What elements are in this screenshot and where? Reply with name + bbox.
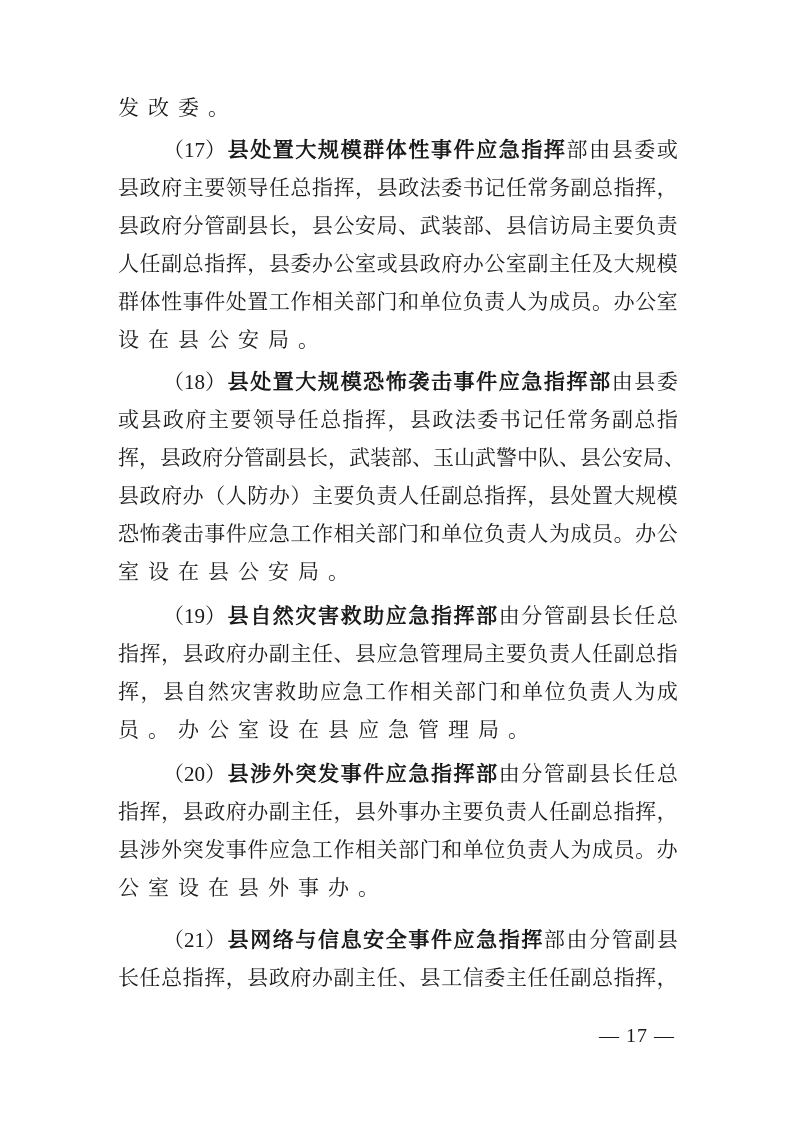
section-title-char: 指 (521, 131, 542, 169)
text-char: 副 (567, 755, 588, 793)
text-char: 人 (118, 245, 139, 283)
text-char: 外 (268, 869, 289, 907)
text-char: 装 (441, 207, 462, 245)
text-char: 副 (161, 245, 182, 283)
text-char: 要 (204, 169, 225, 207)
text-char: 为 (549, 515, 570, 553)
section-number: （21） (163, 921, 226, 959)
text-char: 总 (161, 959, 182, 997)
text-char: 办 (657, 831, 678, 869)
text-char: 害 (253, 673, 274, 711)
text-line: 或县政府主要领导任总指挥，县政法委书记任常务副总指 (118, 401, 678, 439)
text-char: 任 (140, 959, 161, 997)
text-char: 主 (208, 401, 229, 439)
text-char: 委 (634, 131, 655, 169)
text-char: ， (657, 169, 678, 207)
text-char: 由 (567, 921, 588, 959)
text-line: 恐怖袭击事件应急工作相关部门和单位负责人为成员。办公 (118, 515, 678, 553)
text-char: 部 (455, 673, 476, 711)
text-char: 负 (463, 283, 484, 321)
text-char: 性 (161, 283, 182, 321)
text-char: 主 (312, 477, 333, 515)
text-char: 任 (420, 477, 441, 515)
text-char: 副 (570, 959, 591, 997)
text-char: 山 (454, 439, 475, 477)
text-char: 办 (420, 793, 441, 831)
section-title-char: 件 (454, 131, 475, 169)
text-char: 长 (612, 755, 633, 793)
section-title-char: 挥 (454, 597, 475, 635)
text-char: 常 (527, 169, 548, 207)
text-char: 政 (204, 635, 225, 673)
text-char: 人 (226, 477, 247, 515)
text-char: ， (290, 207, 311, 245)
text-char: 县 (549, 477, 570, 515)
text-char: ， (226, 959, 247, 997)
text-char: 办 (635, 515, 656, 553)
text-char: 急 (269, 515, 290, 553)
text-char: 任 (298, 401, 319, 439)
text-char: 人 (549, 831, 570, 869)
section-title-char: 指 (431, 597, 452, 635)
text-char: 挥 (226, 245, 247, 283)
text-char: 员 (570, 283, 591, 321)
text-char: 要 (463, 793, 484, 831)
text-char: 要 (614, 207, 635, 245)
text-line: 发改委。 (118, 89, 678, 127)
text-char: 、 (484, 207, 505, 245)
text-line: 群体性事件处置工作相关部门和单位负责人为成员。办公室 (118, 283, 678, 321)
text-char: 县 (312, 207, 333, 245)
text-char: 要 (506, 635, 527, 673)
text-char: 人 (398, 477, 419, 515)
text-char: 、 (559, 439, 580, 477)
text-char: 分 (223, 439, 244, 477)
text-char: 室 (238, 711, 259, 749)
text-char: 分 (521, 597, 542, 635)
text-char: 和 (398, 283, 419, 321)
text-char: 理 (441, 635, 462, 673)
text-char: 办 (312, 245, 333, 283)
text-char: 办 (269, 477, 290, 515)
text-char: ， (355, 169, 376, 207)
text-char: 负 (484, 515, 505, 553)
text-char: 委 (477, 401, 498, 439)
section-title-char: 害 (318, 597, 339, 635)
text-char: 领 (253, 401, 274, 439)
text-char: 信 (463, 959, 484, 997)
text-char: 主 (484, 635, 505, 673)
text-char: 理 (448, 711, 469, 749)
text-char: 。 (148, 711, 169, 749)
section-title-char: 全 (386, 921, 407, 959)
text-char: 工 (290, 515, 311, 553)
text-char: 责 (377, 477, 398, 515)
text-char: 领 (226, 169, 247, 207)
section-title-char: 应 (386, 755, 407, 793)
section-number: （20） (163, 755, 226, 793)
section-heading-line: （18）县处置大规模恐怖袭击事件应急指挥部由县委 (163, 363, 678, 401)
text-char: 务 (549, 169, 570, 207)
text-char: 由 (499, 597, 520, 635)
section-title-char: 挥 (567, 363, 588, 401)
text-char: 主 (592, 207, 613, 245)
text-char: 门 (420, 831, 441, 869)
text-char: 总 (634, 401, 655, 439)
text-char: 负 (567, 673, 588, 711)
text-char: 应 (247, 515, 268, 553)
text-char: 书 (500, 401, 521, 439)
text-char: 、 (664, 439, 685, 477)
section-title-char: 置 (273, 363, 294, 401)
text-char: 发 (204, 831, 225, 869)
text-char: （ (204, 477, 225, 515)
text-char: 相 (410, 673, 431, 711)
text-char: 主 (441, 793, 462, 831)
text-char: 关 (432, 673, 453, 711)
text-char: 室 (657, 283, 678, 321)
text-char: 导 (247, 169, 268, 207)
text-char: 任 (549, 793, 570, 831)
text-char: 任 (570, 245, 591, 283)
text-char: 府 (441, 245, 462, 283)
text-char: 单 (522, 673, 543, 711)
text-char: 副 (226, 207, 247, 245)
text-char: 公 (208, 711, 229, 749)
text-char: 击 (183, 515, 204, 553)
text-char: 政 (432, 401, 453, 439)
text-char: 安 (355, 207, 376, 245)
text-char: 成 (657, 673, 678, 711)
text-char: 。 (208, 89, 229, 127)
text-char: 、 (398, 207, 419, 245)
text-char: 政 (140, 477, 161, 515)
section-title-char: 件 (476, 363, 497, 401)
text-char: 副 (527, 245, 548, 283)
text-char: 分 (183, 207, 204, 245)
text-char: 为 (634, 673, 655, 711)
text-char: 作 (333, 831, 354, 869)
text-char: 指 (118, 635, 139, 673)
text-char: 任 (545, 401, 566, 439)
text-char: 办 (247, 635, 268, 673)
text-char: 由 (589, 131, 610, 169)
text-char: 自 (185, 673, 206, 711)
section-title-char: 急 (521, 363, 542, 401)
text-char: 总 (592, 169, 613, 207)
text-char: 、 (398, 959, 419, 997)
text-char: 县 (118, 477, 139, 515)
text-char: 县 (160, 439, 181, 477)
section-title-char: 自 (250, 597, 271, 635)
text-char: 部 (544, 921, 565, 959)
text-char: 主 (290, 793, 311, 831)
section-title-char: 体 (386, 131, 407, 169)
text-char: 长 (307, 439, 328, 477)
text-char: 办 (247, 793, 268, 831)
section-title-char: 挥 (454, 755, 475, 793)
text-char: 局 (268, 321, 289, 359)
text-char: 县 (247, 959, 268, 997)
text-char: 位 (463, 515, 484, 553)
section-title-char: 恐 (363, 363, 384, 401)
text-line: 指挥，县政府办副主任，县外事办主要负责人任副总指挥， (118, 793, 678, 831)
text-char: 队 (538, 439, 559, 477)
section-number: （18） (163, 363, 226, 401)
text-char: 急 (290, 831, 311, 869)
text-char: 模 (657, 477, 678, 515)
text-line: 挥，县自然灾害救助应急工作相关部门和单位负责人为成 (118, 673, 678, 711)
section-title-char: 县 (228, 597, 249, 635)
text-char: 副 (269, 793, 290, 831)
text-char: 县 (118, 169, 139, 207)
text-char: 救 (275, 673, 296, 711)
text-char: 。 (635, 831, 656, 869)
text-char: 涉 (140, 831, 161, 869)
text-char: 。 (592, 283, 613, 321)
text-char: 副 (614, 635, 635, 673)
text-char: 常 (567, 401, 588, 439)
text-char: 。 (358, 869, 379, 907)
text-char: 任 (527, 959, 548, 997)
text-char: 挥 (204, 959, 225, 997)
text-char: 长 (118, 959, 139, 997)
text-line: 挥，县政府分管副县长，武装部、玉山武警中队、县公安局、 (118, 439, 678, 477)
text-char: 位 (545, 673, 566, 711)
text-char: 改 (148, 89, 169, 127)
text-char: 县 (420, 959, 441, 997)
text-char: 部 (391, 439, 412, 477)
text-line: 设在县公安局。 (118, 321, 678, 359)
text-char: 作 (312, 515, 333, 553)
text-char: ， (527, 477, 548, 515)
text-char: 为 (570, 831, 591, 869)
text-char: 总 (183, 245, 204, 283)
text-char: 室 (506, 245, 527, 283)
text-char: 副 (570, 793, 591, 831)
text-char: 公 (484, 245, 505, 283)
text-char: 及 (592, 245, 613, 283)
text-char: 安 (238, 321, 259, 359)
text-char: 助 (298, 673, 319, 711)
text-char: 作 (290, 283, 311, 321)
text-char: 工 (365, 673, 386, 711)
section-title-char: 挥 (521, 921, 542, 959)
text-char: 长 (612, 597, 633, 635)
text-char: 管 (612, 921, 633, 959)
section-title-char: 发 (318, 755, 339, 793)
text-line: 长任总指挥，县政府办副主任、县工信委主任任副总指挥， (118, 959, 678, 997)
text-char: 总 (657, 755, 678, 793)
text-char: 指 (204, 245, 225, 283)
section-title-char: 处 (250, 131, 271, 169)
section-title-char: 规 (318, 363, 339, 401)
text-char: 警 (496, 439, 517, 477)
text-char: 单 (463, 831, 484, 869)
text-char: 副 (612, 401, 633, 439)
text-char: 法 (420, 169, 441, 207)
text-char: 县 (657, 921, 678, 959)
text-char: ， (161, 793, 182, 831)
text-char: 府 (226, 793, 247, 831)
text-char: 县 (398, 245, 419, 283)
text-char: 挥 (635, 169, 656, 207)
text-char: 副 (441, 477, 462, 515)
text-char: 成 (549, 283, 570, 321)
section-title-char: 处 (250, 363, 271, 401)
text-char: 要 (230, 401, 251, 439)
text-char: 工 (441, 959, 462, 997)
text-char: 办 (183, 477, 204, 515)
text-char: 责 (549, 635, 570, 673)
text-char: 外 (377, 793, 398, 831)
text-char: 政 (204, 793, 225, 831)
section-title-char: 县 (228, 755, 249, 793)
text-char: 县 (589, 597, 610, 635)
text-char: ， (328, 439, 349, 477)
section-title-char: 县 (228, 131, 249, 169)
text-char: 长 (269, 207, 290, 245)
text-char: 急 (343, 673, 364, 711)
text-char: 副 (333, 959, 354, 997)
section-number: （17） (163, 131, 226, 169)
section-title-char: 指 (499, 921, 520, 959)
text-char: 公 (238, 553, 259, 591)
text-line: 公室设在县外事办。 (118, 869, 678, 907)
text-char: 件 (226, 515, 247, 553)
text-char: 县 (355, 793, 376, 831)
text-char: 部 (355, 283, 376, 321)
text-char: 挥 (635, 793, 656, 831)
text-char: 总 (320, 401, 341, 439)
text-char: 事 (226, 831, 247, 869)
text-char: 事 (398, 793, 419, 831)
section-title-char: 应 (476, 131, 497, 169)
text-char: ） (290, 477, 311, 515)
section-title-char: 助 (363, 597, 384, 635)
text-char: 县 (118, 831, 139, 869)
section-title-char: 性 (408, 131, 429, 169)
text-char: 任 (592, 635, 613, 673)
text-char: 府 (202, 439, 223, 477)
text-char: 件 (247, 831, 268, 869)
text-char: 总 (592, 793, 613, 831)
text-char: ， (140, 673, 161, 711)
text-char: ， (657, 959, 678, 997)
text-char: 县 (612, 131, 633, 169)
text-char: 县 (238, 869, 259, 907)
text-char: 副 (269, 635, 290, 673)
text-char: 工 (312, 831, 333, 869)
text-char: 或 (377, 245, 398, 283)
text-char: 或 (657, 131, 678, 169)
text-char: 门 (477, 673, 498, 711)
text-char: 管 (544, 755, 565, 793)
text-char: 挥 (506, 477, 527, 515)
section-heading-line: （17）县处置大规模群体性事件应急指挥部由县委或 (163, 131, 678, 169)
text-char: 发 (118, 89, 139, 127)
section-title-char: 救 (341, 597, 362, 635)
text-char: 、 (412, 439, 433, 477)
text-char: 应 (320, 673, 341, 711)
section-title-char: 件 (431, 921, 452, 959)
text-char: 法 (455, 401, 476, 439)
text-char: 。 (614, 515, 635, 553)
text-char: 总 (592, 959, 613, 997)
text-char: 指 (657, 635, 678, 673)
text-char: 人 (570, 635, 591, 673)
section-number: （19） (163, 597, 226, 635)
text-char: 指 (183, 959, 204, 997)
text-char: 人 (527, 793, 548, 831)
text-char: 要 (333, 477, 354, 515)
text-char: 政 (181, 439, 202, 477)
text-char: 模 (657, 245, 678, 283)
text-char: 应 (358, 711, 379, 749)
text-char: 县 (178, 321, 199, 359)
text-char: 挥 (635, 959, 656, 997)
text-char: 安 (622, 439, 643, 477)
text-char: 应 (377, 635, 398, 673)
text-char: 员 (118, 711, 139, 749)
text-char: 由 (612, 363, 633, 401)
text-char: 县 (183, 635, 204, 673)
text-line: 县政府办（人防办）主要负责人任副总指挥，县处置大规模 (118, 477, 678, 515)
section-title-char: 模 (341, 363, 362, 401)
text-char: 负 (527, 635, 548, 673)
text-line: 县政府主要领导任总指挥，县政法委书记任常务副总指挥， (118, 169, 678, 207)
section-title-char: 挥 (544, 131, 565, 169)
text-char: 责 (484, 283, 505, 321)
text-char: 责 (506, 793, 527, 831)
section-title-char: 指 (431, 755, 452, 793)
section-title-char: 事 (431, 131, 452, 169)
text-char: 局 (570, 207, 591, 245)
text-char: 县 (286, 439, 307, 477)
text-char: 委 (178, 89, 199, 127)
text-char: 副 (570, 169, 591, 207)
text-char: 。 (298, 321, 319, 359)
text-char: 相 (355, 831, 376, 869)
text-char: 突 (183, 831, 204, 869)
text-char: 处 (226, 283, 247, 321)
text-char: ， (657, 793, 678, 831)
text-char: 室 (148, 869, 169, 907)
section-title-char: 急 (476, 921, 497, 959)
text-char: 任 (312, 635, 333, 673)
text-char: 局 (377, 207, 398, 245)
text-char: 任 (549, 959, 570, 997)
text-char: 记 (522, 401, 543, 439)
text-char: 门 (377, 283, 398, 321)
text-char: 办 (614, 283, 635, 321)
section-title-char: 部 (476, 597, 497, 635)
section-title-char: 置 (273, 131, 294, 169)
text-char: 局 (463, 635, 484, 673)
text-char: 公 (635, 283, 656, 321)
text-char: 在 (178, 553, 199, 591)
text-char: 政 (269, 959, 290, 997)
section-title-char: 与 (295, 921, 316, 959)
text-char: 相 (333, 515, 354, 553)
section-title-char: 县 (228, 921, 249, 959)
text-char: 责 (657, 207, 678, 245)
text-char: 办 (328, 869, 349, 907)
text-char: 武 (349, 439, 370, 477)
section-heading-line: （20）县涉外突发事件应急指挥部由分管副县长任总 (163, 755, 678, 793)
section-title-char: 外 (273, 755, 294, 793)
text-char: 政 (398, 169, 419, 207)
